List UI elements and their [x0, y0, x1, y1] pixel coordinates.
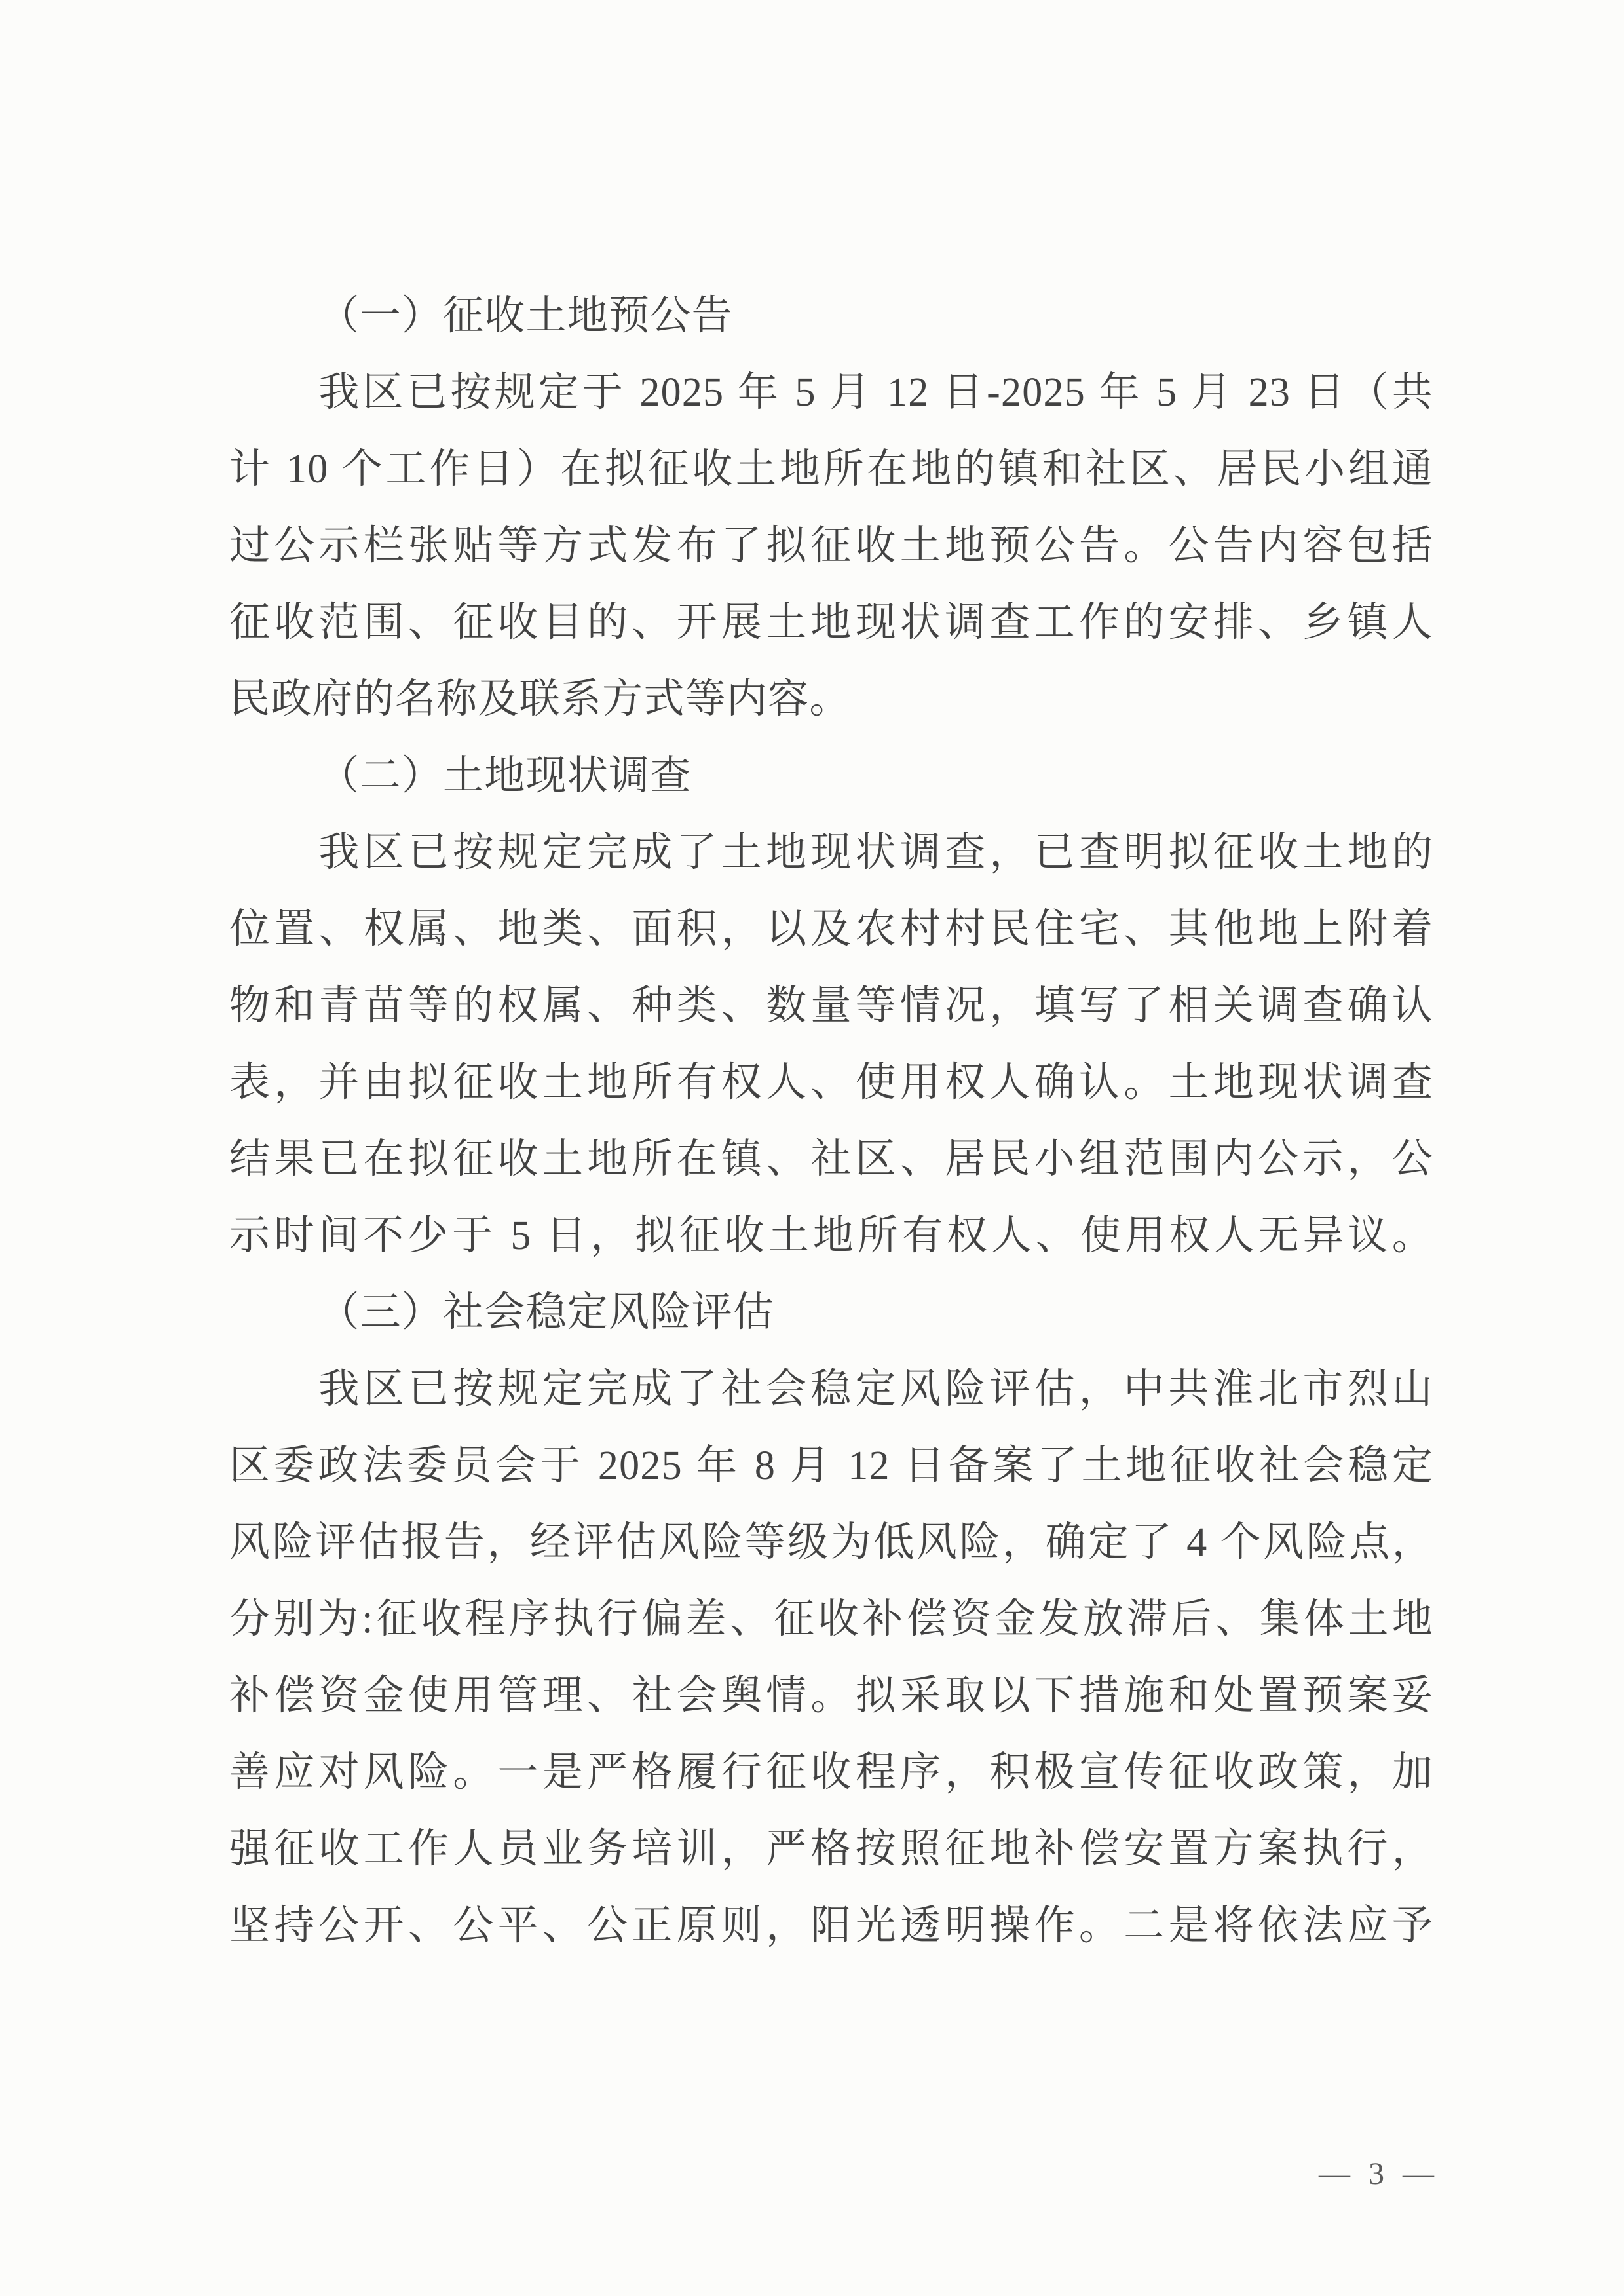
- text-line: 分别为:征收程序执行偏差、征收补偿资金发放滞后、集体土地: [229, 1581, 1433, 1658]
- text-line: 征收范围、征收目的、开展土地现状调查工作的安排、乡镇人: [229, 584, 1433, 661]
- document-text-block: （一）征收土地预公告 我区已按规定于 2025 年 5 月 12 日-2025 …: [229, 278, 1433, 1964]
- text-line: 强征收工作人员业务培训，严格按照征地补偿安置方案执行，: [229, 1811, 1433, 1888]
- text-line: 结果已在拟征收土地所在镇、社区、居民小组范围内公示，公: [229, 1121, 1433, 1198]
- text-line: 位置、权属、地类、面积，以及农村村民住宅、其他地上附着: [229, 891, 1433, 968]
- text-line: 过公示栏张贴等方式发布了拟征收土地预公告。公告内容包括: [229, 508, 1433, 584]
- document-page: （一）征收土地预公告 我区已按规定于 2025 年 5 月 12 日-2025 …: [0, 0, 1624, 2296]
- text-line: 物和青苗等的权属、种类、数量等情况，填写了相关调查确认: [229, 968, 1433, 1044]
- text-line: 计 10 个工作日）在拟征收土地所在地的镇和社区、居民小组通: [229, 431, 1433, 508]
- text-line: 我区已按规定于 2025 年 5 月 12 日-2025 年 5 月 23 日（…: [229, 354, 1433, 431]
- text-line: 我区已按规定完成了土地现状调查，已查明拟征收土地的: [229, 814, 1433, 891]
- section-heading: （一）征收土地预公告: [229, 278, 1433, 354]
- text-line: 善应对风险。一是严格履行征收程序，积极宣传征收政策，加: [229, 1734, 1433, 1811]
- section-heading: （三）社会稳定风险评估: [229, 1274, 1433, 1351]
- text-line: 补偿资金使用管理、社会舆情。拟采取以下措施和处置预案妥: [229, 1658, 1433, 1734]
- text-line: 民政府的名称及联系方式等内容。: [229, 661, 1433, 738]
- text-line: 我区已按规定完成了社会稳定风险评估，中共淮北市烈山: [229, 1351, 1433, 1428]
- page-number: — 3 —: [1310, 2156, 1448, 2192]
- text-line: 坚持公开、公平、公正原则，阳光透明操作。二是将依法应予: [229, 1888, 1433, 1964]
- text-line: 示时间不少于 5 日，拟征收土地所有权人、使用权人无异议。: [229, 1198, 1433, 1274]
- text-line: 风险评估报告，经评估风险等级为低风险，确定了 4 个风险点，: [229, 1504, 1433, 1581]
- section-heading: （二）土地现状调查: [229, 738, 1433, 814]
- text-line: 区委政法委员会于 2025 年 8 月 12 日备案了土地征收社会稳定: [229, 1428, 1433, 1504]
- text-line: 表，并由拟征收土地所有权人、使用权人确认。土地现状调查: [229, 1044, 1433, 1121]
